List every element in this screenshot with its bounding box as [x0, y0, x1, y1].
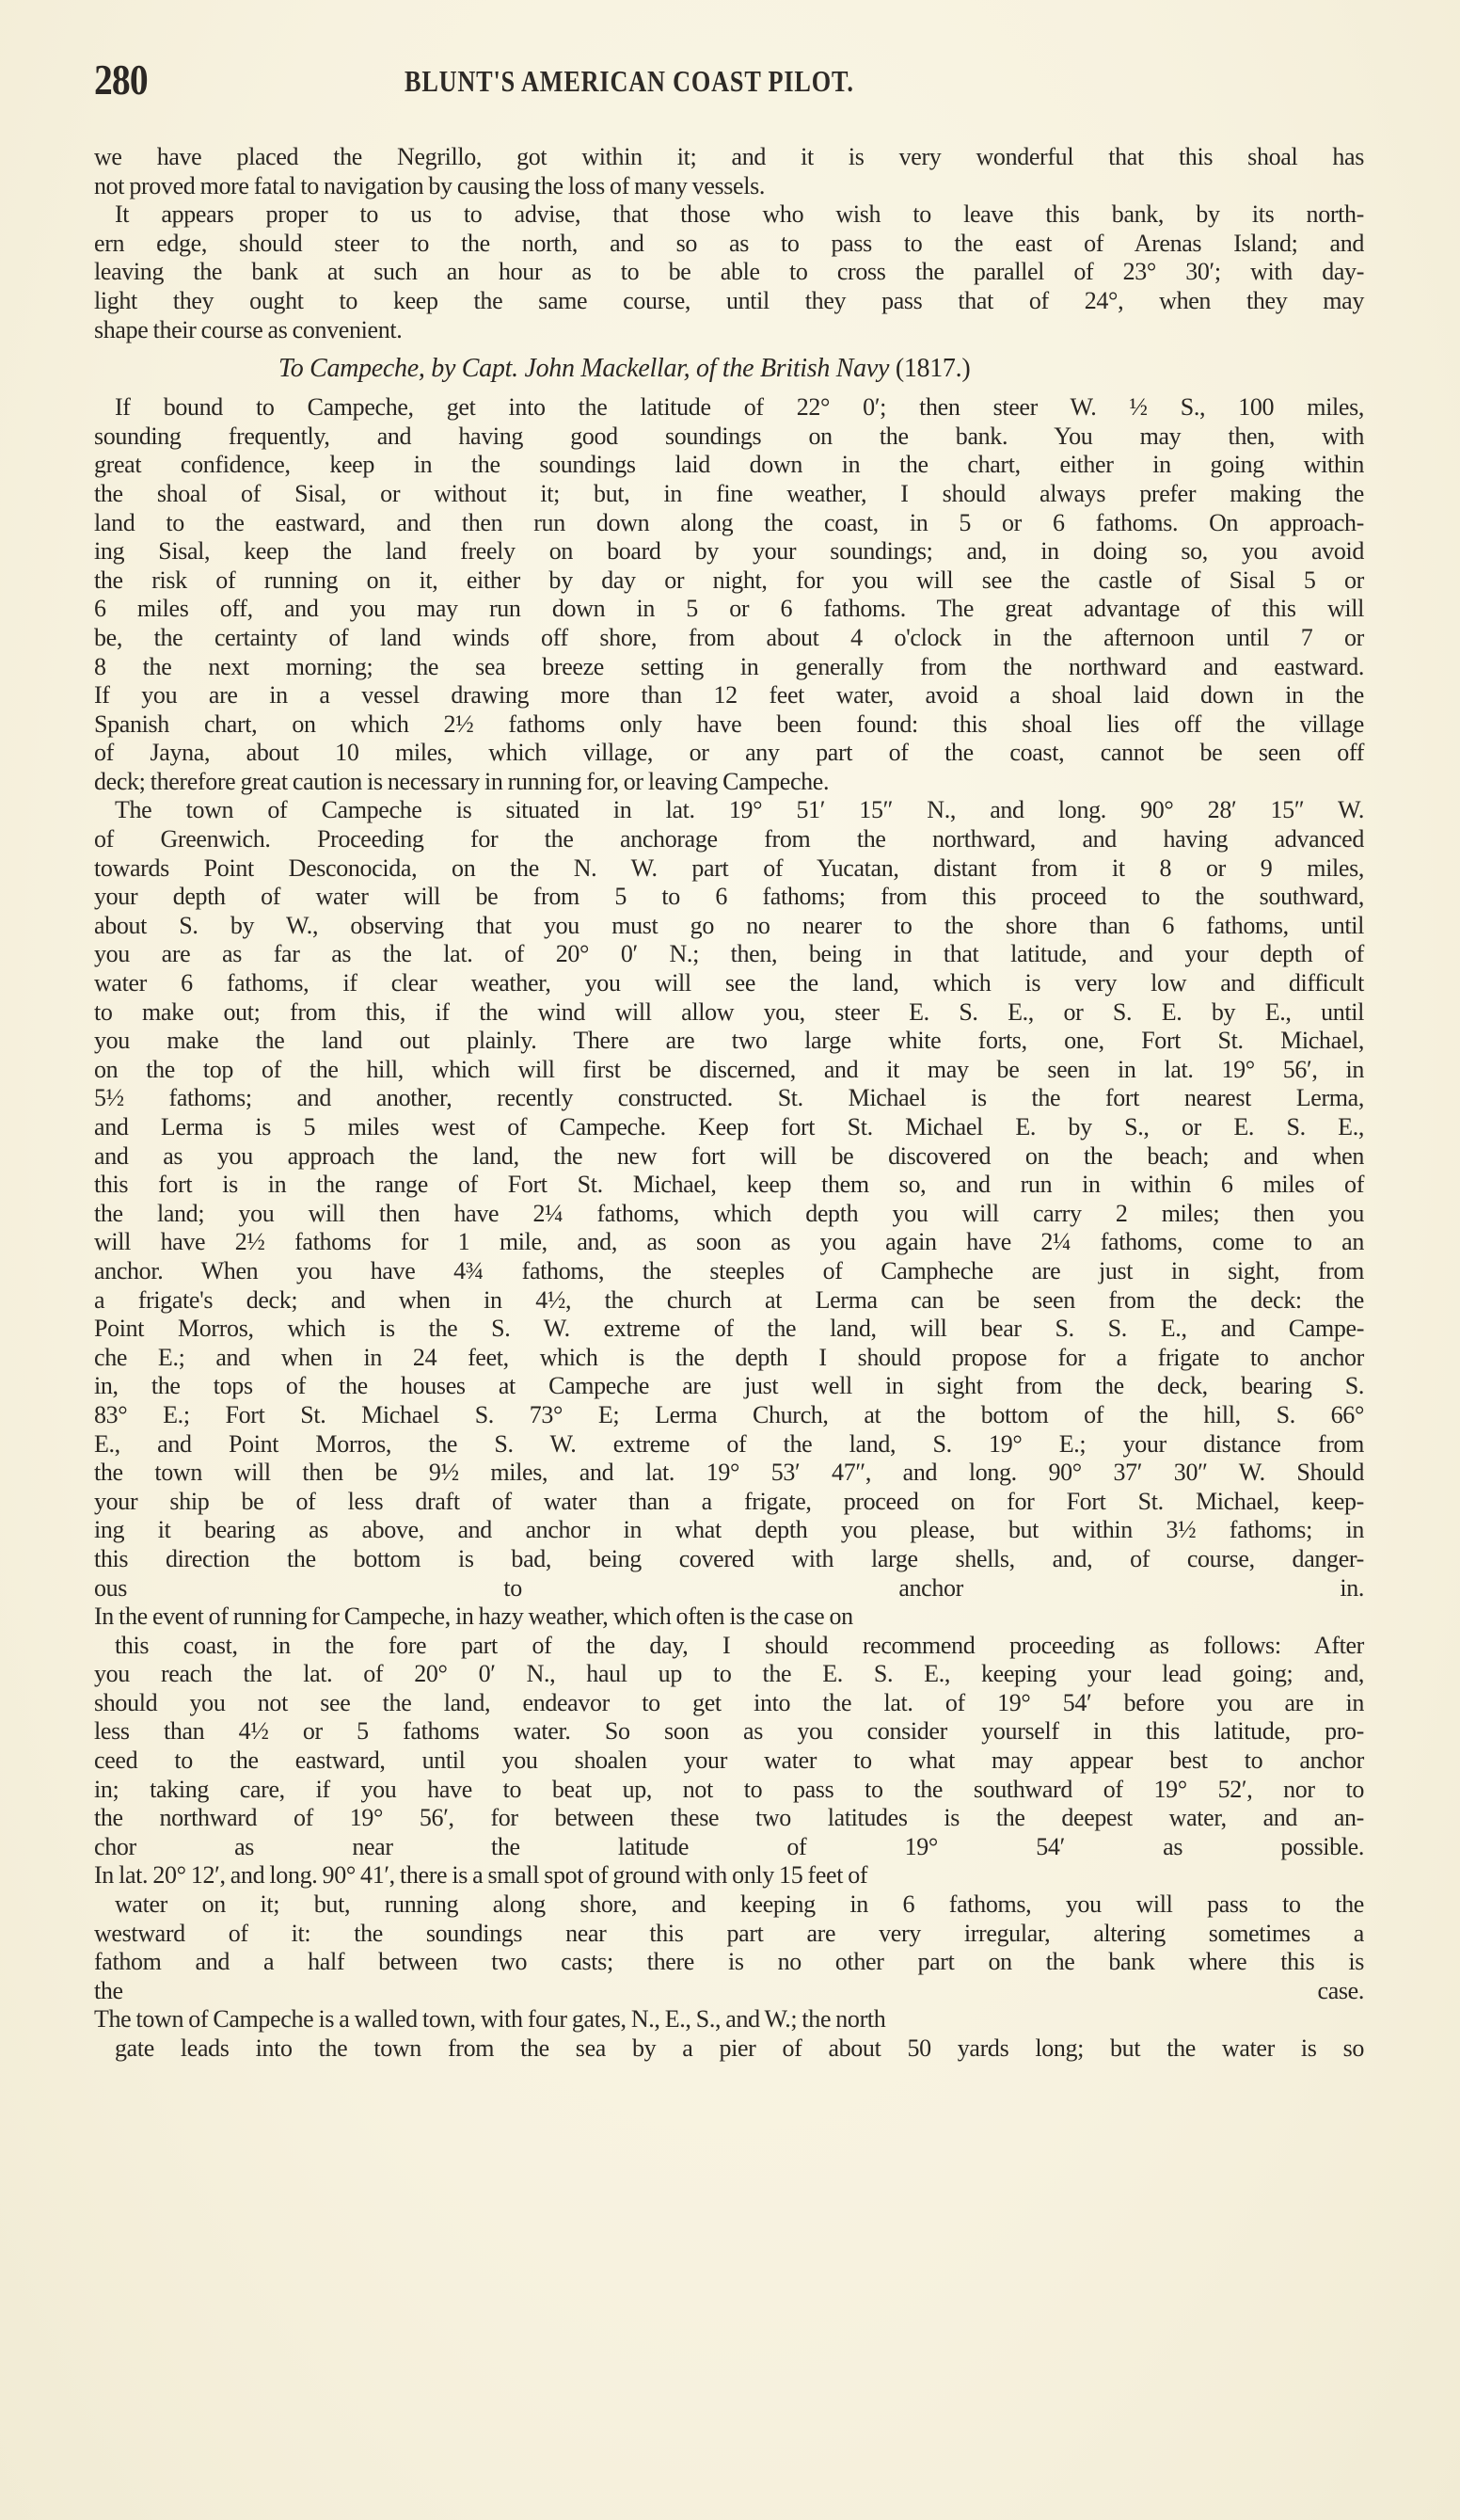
- text-line: sounding frequently, and having good sou…: [94, 423, 1364, 452]
- text-line: on the top of the hill, which will first…: [94, 1056, 1364, 1085]
- page-number: 280: [94, 55, 148, 104]
- text-line: If bound to Campeche, get into the latit…: [94, 393, 1364, 423]
- text-line: in; taking care, if you have to beat up,…: [94, 1776, 1364, 1805]
- text-line: less than 4½ or 5 fathoms water. So soon…: [94, 1717, 1364, 1746]
- text-line: the northward of 19° 56′, for between th…: [94, 1804, 1364, 1833]
- text-line: fathom and a half between two casts; the…: [94, 1948, 1364, 1977]
- text-line: of Greenwich. Proceeding for the anchora…: [94, 825, 1364, 854]
- text-line: water 6 fathoms, if clear weather, you w…: [94, 969, 1364, 998]
- text-line: of Jayna, about 10 miles, which village,…: [94, 739, 1364, 768]
- text-line: ing Sisal, keep the land freely on board…: [94, 537, 1364, 566]
- text-line: E., and Point Morros, the S. W. extreme …: [94, 1430, 1364, 1459]
- text-line: shape their course as convenient.: [94, 316, 1364, 345]
- scanned-book-page: 280 BLUNT'S AMERICAN COAST PILOT. we hav…: [0, 0, 1460, 2520]
- text-line: light they ought to keep the same course…: [94, 287, 1364, 316]
- running-title: BLUNT'S AMERICAN COAST PILOT.: [405, 64, 854, 99]
- text-line: your ship be of less draft of water than…: [94, 1488, 1364, 1517]
- text-line: chor as near the latitude of 19° 54′ as …: [94, 1833, 1364, 1862]
- text-line: the case.: [94, 1977, 1364, 2006]
- text-line: great confidence, keep in the soundings …: [94, 451, 1364, 480]
- text-line: water on it; but, running along shore, a…: [94, 1890, 1364, 1920]
- text-line: 6 miles off, and you may run down in 5 o…: [94, 595, 1364, 624]
- text-line: deck; therefore great caution is necessa…: [94, 768, 1364, 797]
- text-line: and Lerma is 5 miles west of Campeche. K…: [94, 1113, 1364, 1142]
- text-line: ous to anchor in.: [94, 1574, 1364, 1603]
- section-heading-title: To Campeche, by Capt. John Mackellar, of…: [278, 354, 889, 383]
- text-line: In the event of running for Campeche, in…: [94, 1603, 1364, 1632]
- text-line: you are as far as the lat. of 20° 0′ N.;…: [94, 940, 1364, 969]
- text-line: will have 2½ fathoms for 1 mile, and, as…: [94, 1228, 1364, 1257]
- text-line: a frigate's deck; and when in 4½, the ch…: [94, 1286, 1364, 1316]
- text-line: ing it bearing as above, and anchor in w…: [94, 1516, 1364, 1545]
- text-line: leaving the bank at such an hour as to b…: [94, 258, 1364, 287]
- text-line: The town of Campeche is a walled town, w…: [94, 2005, 1364, 2034]
- text-line: you make the land out plainly. There are…: [94, 1027, 1364, 1056]
- text-line: the town will then be 9½ miles, and lat.…: [94, 1459, 1364, 1488]
- text-line: and as you approach the land, the new fo…: [94, 1142, 1364, 1172]
- text-line: In lat. 20° 12′, and long. 90° 41′, ther…: [94, 1861, 1364, 1890]
- text-line: the risk of running on it, either by day…: [94, 566, 1364, 596]
- text-line: If you are in a vessel drawing more than…: [94, 681, 1364, 710]
- text-line: 5½ fathoms; and another, recently constr…: [94, 1084, 1364, 1113]
- section-heading-year: (1817.): [896, 354, 971, 383]
- text-line: your depth of water will be from 5 to 6 …: [94, 883, 1364, 912]
- text-line: 83° E.; Fort St. Michael S. 73° E; Lerma…: [94, 1401, 1364, 1430]
- text-line: towards Point Desconocida, on the N. W. …: [94, 854, 1364, 884]
- text-line: this coast, in the fore part of the day,…: [94, 1632, 1364, 1661]
- text-line: this fort is in the range of Fort St. Mi…: [94, 1171, 1364, 1200]
- text-line: not proved more fatal to navigation by c…: [94, 172, 1364, 201]
- text-line: westward of it: the soundings near this …: [94, 1920, 1364, 1949]
- text-line: we have placed the Negrillo, got within …: [94, 143, 1364, 172]
- text-line: land to the eastward, and then run down …: [94, 509, 1364, 538]
- text-line: gate leads into the town from the sea by…: [94, 2034, 1364, 2064]
- text-line: ceed to the eastward, until you shoalen …: [94, 1746, 1364, 1776]
- text-line: ern edge, should steer to the north, and…: [94, 230, 1364, 259]
- section-heading: To Campeche, by Capt. John Mackellar, of…: [94, 348, 1364, 390]
- text-line: in, the tops of the houses at Campeche a…: [94, 1372, 1364, 1401]
- text-line: be, the certainty of land winds off shor…: [94, 624, 1364, 653]
- text-line: 8 the next morning; the sea breeze setti…: [94, 653, 1364, 682]
- text-line: Spanish chart, on which 2½ fathoms only …: [94, 710, 1364, 740]
- text-line: you reach the lat. of 20° 0′ N., haul up…: [94, 1660, 1364, 1689]
- text-line: about S. by W., observing that you must …: [94, 912, 1364, 941]
- text-line: It appears proper to us to advise, that …: [94, 200, 1364, 230]
- text-line: anchor. When you have 4¾ fathoms, the st…: [94, 1257, 1364, 1286]
- text-line: should you not see the land, endeavor to…: [94, 1689, 1364, 1718]
- running-header: 280 BLUNT'S AMERICAN COAST PILOT.: [94, 55, 1366, 102]
- text-line: to make out; from this, if the wind will…: [94, 998, 1364, 1028]
- text-line: this direction the bottom is bad, being …: [94, 1545, 1364, 1574]
- text-line: che E.; and when in 24 feet, which is th…: [94, 1344, 1364, 1373]
- text-line: the shoal of Sisal, or without it; but, …: [94, 480, 1364, 509]
- body-text: we have placed the Negrillo, got within …: [94, 143, 1364, 2064]
- text-line: Point Morros, which is the S. W. extreme…: [94, 1315, 1364, 1344]
- text-line: The town of Campeche is situated in lat.…: [94, 796, 1364, 825]
- text-line: the land; you will then have 2¼ fathoms,…: [94, 1200, 1364, 1229]
